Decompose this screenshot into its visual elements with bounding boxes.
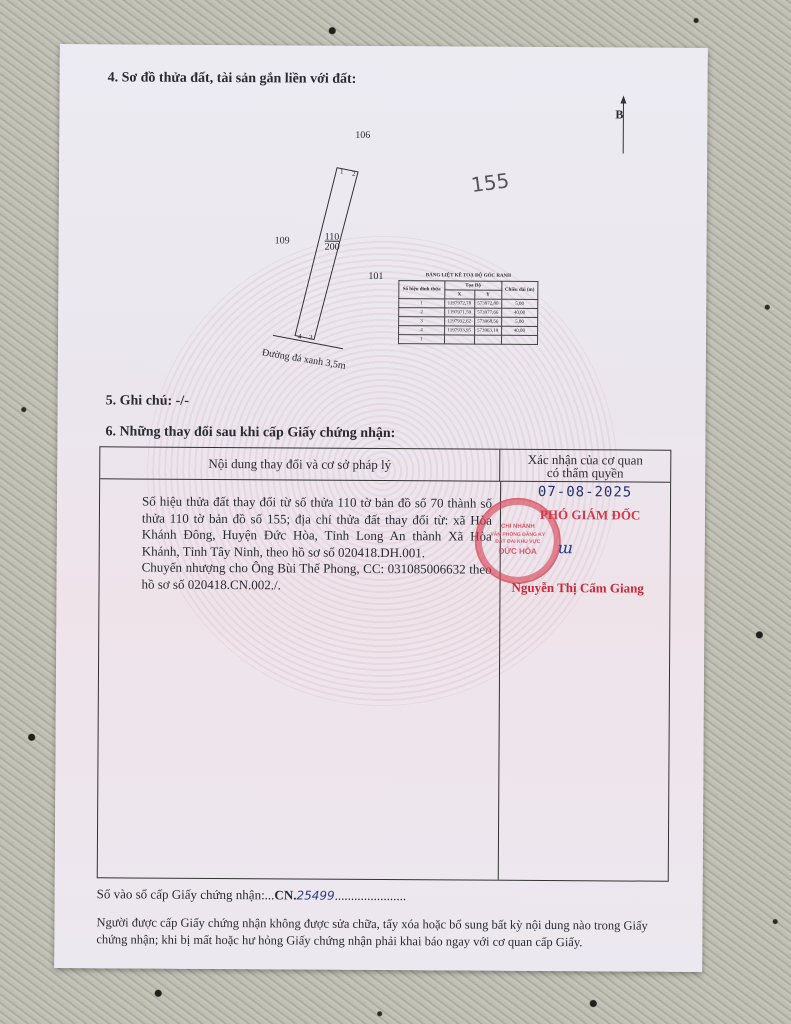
signature-mark: ɯ [558, 538, 573, 557]
stamp-line4: ĐỨC HÒA [477, 547, 559, 557]
cell-x: 1197933,95 [444, 326, 474, 335]
cell-length: 5,00 [501, 299, 537, 308]
table-row: 1 [399, 335, 538, 345]
neighbor-parcel-right: 101 [368, 271, 383, 282]
cell-y: 573972,80 [474, 299, 501, 308]
cell-x: 1197972,78 [444, 299, 474, 308]
changes-header-content: Nội dung thay đổi và cơ sở pháp lý [100, 447, 500, 481]
signer-name: Nguyễn Thị Cẩm Giang [511, 580, 643, 597]
changes-header-confirmation: Xác nhận của cơ quan có thẩm quyền [500, 450, 670, 483]
vertex-2: 2 [352, 170, 356, 178]
cell-x: 1197971,59 [444, 308, 474, 317]
neighbor-parcel-top: 106 [355, 130, 370, 141]
vertex-1: 1 [340, 168, 344, 176]
cell-x [444, 335, 474, 344]
cell-vertex: 1 [399, 335, 445, 344]
cell-vertex: 1 [399, 299, 445, 308]
certificate-notice: Người được cấp Giấy chứng nhận không đượ… [96, 914, 676, 952]
cell-length: 5,00 [501, 317, 537, 326]
changes-table: Nội dung thay đổi và cơ sở pháp lý Xác n… [97, 446, 672, 881]
cell-vertex: 2 [399, 308, 445, 317]
change-address-update: Số hiệu thửa đất thay đổi từ số thửa 110… [142, 494, 492, 562]
vertex-4: 4 [298, 332, 302, 340]
parcel-area: 200 [325, 242, 340, 253]
cell-length [501, 335, 537, 344]
land-certificate-page: 4. Sơ đồ thửa đất, tài sản gắn liền với … [54, 44, 708, 972]
handwritten-map-sheet-number: 155 [470, 168, 511, 197]
cell-vertex: 3 [399, 317, 445, 326]
header-x: X [445, 290, 475, 299]
cell-x: 1197932,62 [444, 317, 474, 326]
cell-y: 573963,19 [474, 326, 501, 335]
cell-y: 573977,66 [474, 308, 501, 317]
section-5-notes: 5. Ghi chú: -/- [106, 393, 189, 410]
registry-prefix: CN. [274, 887, 296, 902]
coordinate-table: BẢNG LIỆT KÊ TOẠ ĐỘ GÓC RANH Số hiệu đỉn… [398, 273, 538, 345]
header-length: Chiều dài (m) [501, 281, 537, 299]
vertex-3: 3 [309, 334, 313, 342]
signer-title: PHÓ GIÁM ĐỐC [540, 507, 640, 524]
stamp-line2: VĂN PHÒNG ĐĂNG KÝ [477, 532, 559, 539]
cell-length: 40,00 [501, 326, 537, 335]
coordinate-table-title: BẢNG LIỆT KÊ TOẠ ĐỘ GÓC RANH [398, 273, 538, 279]
stamp-line3: ĐẤT ĐAI KHU VỰC [477, 539, 559, 546]
stamp-line1: CHI NHÁNH [477, 524, 559, 531]
registry-number: 25499 [296, 888, 334, 902]
parcel-diagram [58, 44, 708, 388]
registry-dots: ...................... [335, 888, 407, 903]
cell-length: 40,00 [501, 308, 537, 317]
change-transfer: Chuyển nhượng cho Ông Bùi Thế Phong, CC:… [141, 560, 491, 595]
header-y: Y [474, 290, 501, 299]
north-arrow-label: B [615, 107, 623, 122]
neighbor-parcel-left: 109 [275, 235, 290, 246]
cell-vertex: 4 [399, 326, 445, 335]
cell-y: 573968,56 [474, 317, 501, 326]
confirmation-date: 07-08-2025 [525, 484, 645, 501]
change-content: Số hiệu thửa đất thay đổi từ số thửa 110… [141, 494, 492, 595]
header-coord: Tọa Độ [445, 281, 502, 290]
section-6-title: 6. Những thay đổi sau khi cấp Giấy chứng… [105, 424, 395, 442]
registry-label: Số vào sổ cấp Giấy chứng nhận:... [97, 886, 275, 902]
confirmation-header-line2: có thẩm quyền [500, 466, 670, 480]
header-vertex: Số hiệu đỉnh thửa [399, 281, 445, 299]
cell-y [474, 335, 501, 344]
registry-number-line: Số vào sổ cấp Giấy chứng nhận:...CN.2549… [97, 886, 407, 904]
